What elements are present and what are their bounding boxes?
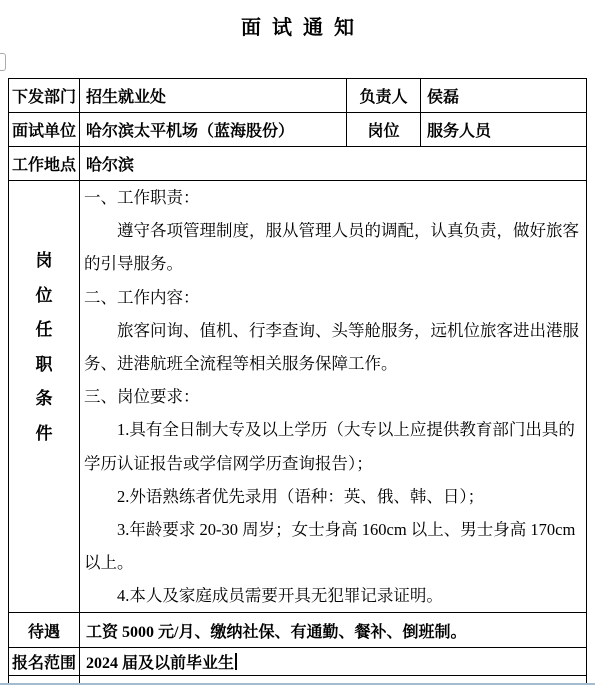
issuing-dept-label-cell[interactable]: 下发部门 bbox=[9, 79, 79, 112]
paragraph: 2.外语熟练者优先录用（语种：英、俄、韩、日）； bbox=[84, 480, 584, 513]
paragraph: 遵守各项管理制度，服从管理人员的调配，认真负责，做好旅客的引导服务。 bbox=[84, 214, 584, 280]
table-row: 工作地点 哈尔滨 bbox=[9, 147, 586, 181]
table-row: 面试单位 哈尔滨太平机场（蓝海股份） 岗位 服务人员 bbox=[9, 113, 586, 147]
document-title[interactable]: 面试通知 bbox=[0, 11, 595, 40]
vertical-label-char: 位 bbox=[9, 279, 79, 314]
vertical-label-char: 任 bbox=[9, 313, 79, 348]
table-row: 岗 位 任 职 条 件 一、工作职责： 遵守各项管理制度，服从管理人员的调配，认… bbox=[9, 181, 586, 613]
paragraph: 4.本人及家庭成员需要开具无犯罪记录证明。 bbox=[84, 579, 584, 612]
job-conditions-body-cell[interactable]: 一、工作职责： 遵守各项管理制度，服从管理人员的调配，认真负责，做好旅客的引导服… bbox=[79, 181, 586, 612]
paragraph: 三、岗位要求： bbox=[84, 380, 584, 413]
signup-scope-label-cell[interactable]: 报名范围 bbox=[9, 648, 79, 675]
treatment-label-cell[interactable]: 待遇 bbox=[9, 613, 79, 647]
table-row: 下发部门 招生就业处 负责人 侯磊 bbox=[9, 79, 586, 113]
vertical-label-char: 岗 bbox=[9, 244, 79, 279]
paragraph: 旅客问询、值机、行李查询、头等舱服务，远机位旅客进出港服务、进港航班全流程等相关… bbox=[84, 314, 584, 380]
job-conditions-label-cell[interactable]: 岗 位 任 职 条 件 bbox=[9, 181, 79, 612]
interview-unit-value-cell[interactable]: 哈尔滨太平机场（蓝海股份） bbox=[79, 113, 346, 146]
interview-notice-table: 下发部门 招生就业处 负责人 侯磊 面试单位 哈尔滨太平机场（蓝海股份） 岗位 … bbox=[8, 78, 587, 684]
paragraph: 3.年龄要求 20-30 周岁；女士身高 160cm 以上、男士身高 170cm… bbox=[84, 513, 584, 579]
issuing-dept-value-cell[interactable]: 招生就业处 bbox=[79, 79, 346, 112]
table-row: 待遇 工资 5000 元/月、缴纳社保、有通勤、餐补、倒班制。 bbox=[9, 613, 586, 648]
work-location-label-cell[interactable]: 工作地点 bbox=[9, 147, 79, 180]
paragraph: 一、工作职责： bbox=[84, 181, 584, 214]
signup-scope-value-text: 2024 届及以前毕业生 bbox=[86, 650, 234, 673]
paragraph: 二、工作内容： bbox=[84, 281, 584, 314]
responsible-person-label-cell[interactable]: 负责人 bbox=[346, 79, 420, 112]
post-value-cell[interactable]: 服务人员 bbox=[420, 113, 586, 146]
vertical-label-char: 件 bbox=[9, 417, 79, 452]
signup-scope-value-cell[interactable]: 2024 届及以前毕业生 bbox=[79, 648, 586, 675]
vertical-label-char: 职 bbox=[9, 348, 79, 383]
left-edge-widget-fragment bbox=[0, 53, 6, 71]
responsible-person-value-cell[interactable]: 侯磊 bbox=[420, 79, 586, 112]
work-location-value-cell[interactable]: 哈尔滨 bbox=[79, 147, 586, 180]
paragraph: 1.具有全日制大专及以上学历（大专以上应提供教育部门出具的学历认证报告或学信网学… bbox=[84, 413, 584, 479]
text-cursor bbox=[235, 653, 237, 670]
document-page: 面试通知 下发部门 招生就业处 负责人 侯磊 面试单位 哈尔滨太平机场（蓝海股份… bbox=[0, 0, 595, 685]
table-row: 报名范围 2024 届及以前毕业生 bbox=[9, 648, 586, 676]
interview-unit-label-cell[interactable]: 面试单位 bbox=[9, 113, 79, 146]
vertical-label-char: 条 bbox=[9, 382, 79, 417]
post-label-cell[interactable]: 岗位 bbox=[346, 113, 420, 146]
treatment-value-cell[interactable]: 工资 5000 元/月、缴纳社保、有通勤、餐补、倒班制。 bbox=[79, 613, 586, 647]
